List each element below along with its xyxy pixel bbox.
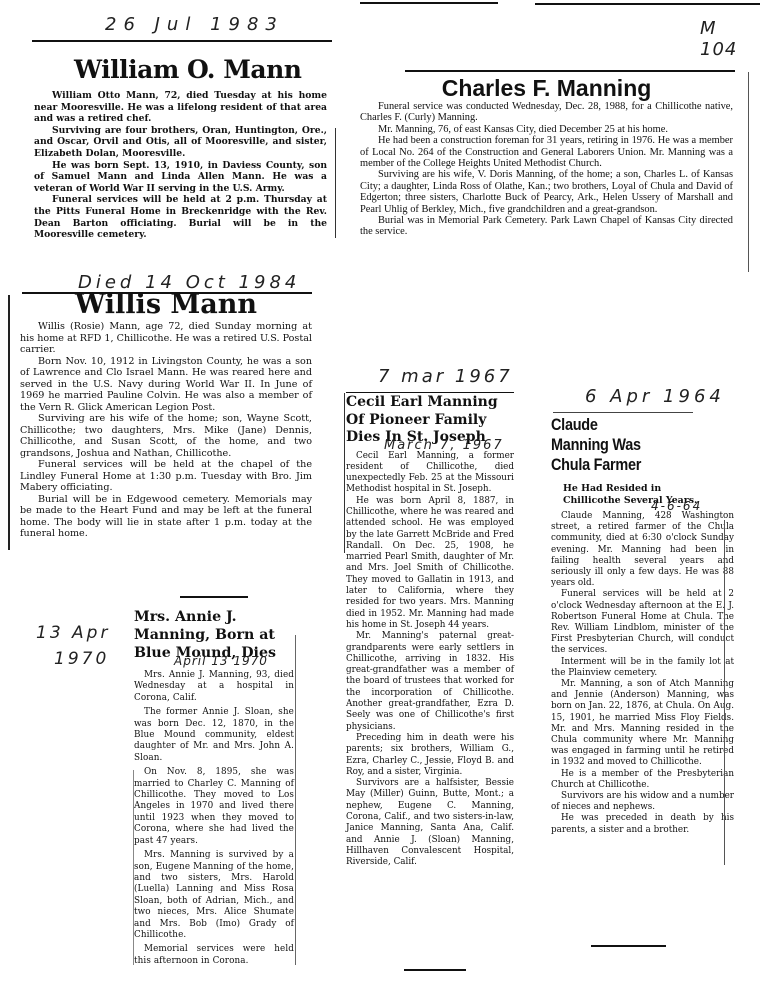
divider-rule	[180, 596, 248, 598]
paragraph: Claude Manning, 428 Washington street, a…	[551, 511, 734, 589]
obituary-body: Mrs. Annie J. Manning, 93, died Wednesda…	[134, 670, 294, 967]
column-rule	[748, 72, 749, 272]
obituary-charles-f-manning: Charles F. Manning Funeral service was c…	[360, 75, 733, 238]
paragraph: Mr. Manning, a son of Atch Manning and J…	[551, 679, 734, 769]
obituary-body: William Otto Mann, 72, died Tuesday at h…	[34, 90, 327, 241]
paragraph: Cecil Earl Manning, a former resident of…	[346, 451, 514, 496]
headline: Willis Mann	[20, 291, 312, 319]
column-rule	[295, 635, 296, 965]
paragraph: He was preceded in death by his parents,…	[551, 813, 734, 835]
divider-rule	[32, 40, 332, 42]
paragraph: He is a member of the Presbyterian Churc…	[551, 769, 734, 791]
end-rule	[591, 945, 666, 947]
paragraph: He was born Sept. 13, 1910, in Daviess C…	[34, 160, 327, 195]
paragraph: William Otto Mann, 72, died Tuesday at h…	[34, 90, 327, 125]
date-note-annie-j-manning: 13 Apr 1970	[36, 620, 110, 672]
headline: Charles F. Manning	[360, 75, 733, 101]
paragraph: Surviving are his wife, V. Doris Manning…	[360, 169, 733, 215]
paragraph: He had been a construction foreman for 3…	[360, 135, 733, 169]
paragraph: Mr. Manning's paternal great-grandparent…	[346, 631, 514, 733]
paragraph: Survivors are a halfsister, Bessie May (…	[346, 778, 514, 868]
obituary-body: Cecil Earl Manning, a former resident of…	[346, 451, 514, 869]
divider-rule	[553, 412, 693, 413]
paragraph: Funeral service was conducted Wednesday,…	[360, 101, 733, 124]
date-note-line: 1970	[36, 646, 110, 672]
obituary-claude-manning: Claude Manning Was Chula Farmer He Had R…	[551, 415, 734, 836]
divider-rule	[405, 70, 735, 72]
obituary-willis-mann: Willis Mann Willis (Rosie) Mann, age 72,…	[20, 291, 312, 540]
paragraph: Funeral services will be held at 2 p.m. …	[34, 194, 327, 240]
obituary-william-o-mann: William O. Mann William Otto Mann, 72, d…	[34, 55, 327, 241]
paragraph: Preceding him in death were his parents;…	[346, 733, 514, 778]
paragraph: He was born April 8, 1887, in Chillicoth…	[346, 496, 514, 632]
page-reference-code: M 104	[700, 18, 760, 60]
paragraph: The former Annie J. Sloan, she was born …	[134, 707, 294, 764]
paragraph: Surviving are his wife of the home; son,…	[20, 413, 312, 459]
paragraph: On Nov. 8, 1895, she was married to Char…	[134, 767, 294, 847]
paragraph: Interment will be in the family lot at t…	[551, 657, 734, 679]
headline: Claude Manning Was Chula Farmer	[551, 415, 653, 475]
date-note-cecil-earl-manning: 7 mar 1967	[378, 366, 513, 387]
divider-rule	[346, 392, 514, 393]
paragraph: Survivors are his widow and a number of …	[551, 791, 734, 813]
column-rule	[133, 770, 134, 965]
date-note-claude-manning: 6 Apr 1964	[585, 386, 725, 407]
column-rule	[344, 393, 345, 553]
column-rule	[8, 295, 10, 550]
paragraph: Burial will be in Edgewood cemetery. Mem…	[20, 494, 312, 540]
paragraph: Mrs. Manning is survived by a son, Eugen…	[134, 850, 294, 941]
obituary-annie-j-manning: Mrs. Annie J. Manning, Born at Blue Moun…	[134, 608, 294, 967]
date-note-line: 13 Apr	[36, 620, 110, 646]
headline: William O. Mann	[34, 55, 327, 85]
inline-date-note: 4-6-64	[651, 499, 702, 513]
paragraph: Born Nov. 10, 1912 in Livingston County,…	[20, 356, 312, 414]
paragraph: Funeral services will be held at the cha…	[20, 459, 312, 494]
column-rule	[335, 128, 336, 238]
divider-rule	[360, 2, 498, 4]
obituary-cecil-earl-manning: Cecil Earl Manning Of Pioneer Family Die…	[346, 394, 514, 868]
paragraph: Surviving are four brothers, Oran, Hunti…	[34, 125, 327, 160]
obituary-body: Funeral service was conducted Wednesday,…	[360, 101, 733, 238]
column-rule	[724, 520, 725, 865]
divider-rule	[535, 3, 760, 5]
paragraph: Burial was in Memorial Park Cemetery. Pa…	[360, 215, 733, 238]
paragraph: Mrs. Annie J. Manning, 93, died Wednesda…	[134, 670, 294, 704]
paragraph: Funeral services will be held at 2 o'clo…	[551, 589, 734, 656]
paragraph: Memorial services were held this afterno…	[134, 944, 294, 967]
paragraph: Mr. Manning, 76, of east Kansas City, di…	[360, 124, 733, 135]
obituary-body: Willis (Rosie) Mann, age 72, died Sunday…	[20, 321, 312, 540]
date-note-william-o-mann: 26 Jul 1983	[105, 14, 284, 35]
inline-date-note: April 13 1970	[174, 654, 268, 668]
end-rule	[404, 969, 466, 971]
obituary-body: Claude Manning, 428 Washington street, a…	[551, 511, 734, 836]
inline-date-note: March 7, 1967	[384, 438, 504, 453]
paragraph: Willis (Rosie) Mann, age 72, died Sunday…	[20, 321, 312, 356]
